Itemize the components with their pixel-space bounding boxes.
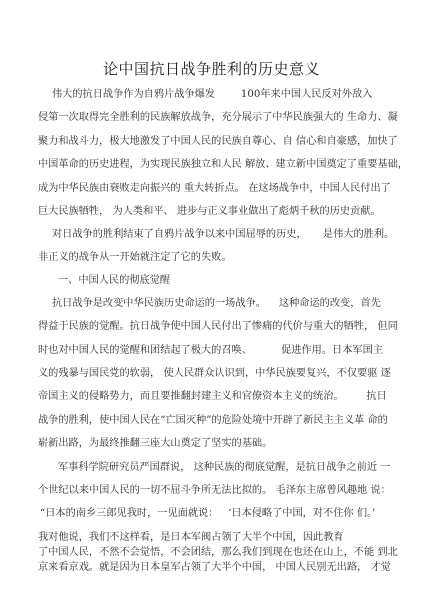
paragraph-line: 时也对中国人民的觉醒和团结起了极大的召唤、 促进作用。日本军国主 bbox=[38, 345, 383, 357]
paragraph-line: 京来看京戏。就是因为日本皇军占领了大半个中国， 中国人民别无出路， 才觉 bbox=[38, 562, 391, 574]
paragraph-line: 巨大民族牺牲， 为人类和平、 进步与正义事业做出了彪炳千秋的历史贡献。 bbox=[38, 206, 381, 218]
paragraph-line: 聚力和战斗力，极大地激发了中国人民的民族自尊心、自 信心和自豪感，加快了 bbox=[38, 136, 398, 148]
paragraph-line: 军事科学院研究员严国群说， 这种民族的彻底觉醒，是抗日战争之前近 一 bbox=[58, 462, 390, 474]
paragraph-line: 我对他说，我们不这样看，是日本军阀占领了大半个中国，因此教育 bbox=[38, 532, 344, 544]
document-title: 论中国抗日战争胜利的历史意义 bbox=[0, 58, 423, 79]
paragraph-line: 帝国主义的侵略势力，而且要推翻封建主义和官僚资本主义的统治。 抗日 bbox=[38, 391, 387, 403]
paragraph-line: 崭新出路，为最终推翻三座大山奠定了坚实的基础。 bbox=[38, 438, 272, 450]
paragraph-line: 成为中华民族由衰败走向振兴的 重大转折点。 在这场战争中，中国人民付出了 bbox=[38, 183, 391, 195]
paragraph-line: 个世纪以来中国人民的一切不屈斗争所无法比拟的。 毛泽东主席曾风趣地 说： bbox=[38, 485, 391, 497]
paragraph-line: 得益于民族的觉醒。抗日战争使中国人民付出了惨痛的代价与重大的牺牲， 但同 bbox=[38, 321, 398, 333]
paragraph-line: “日本的南乡三郎见我时，一见面就说： ‘日本侵略了中国，对不住你 们。’ bbox=[40, 508, 375, 520]
paragraph-line: 抗日战争是改变中华民族历史命运的一场战争。 这种命运的改变，首先 bbox=[52, 298, 381, 310]
paragraph-line: 义的残暴与国民党的软弱， 使人民群众认识到，中华民族要复兴，不仅要驱 逐 bbox=[38, 368, 391, 380]
paragraph-line: 伟大的抗日战争作为自鸦片战争爆发 100年来中国人民反对外敌入 bbox=[52, 89, 372, 101]
paragraph-line: 非正义的战争从一开始就注定了它的失败。 bbox=[38, 252, 232, 264]
paragraph-line: 战争的胜利，使中国人民在“亡国灭种”的危险处境中开辟了新民主主义革 命的 bbox=[38, 415, 388, 427]
paragraph-line: 侵第一次取得完全胜利的民族解放战争，充分展示了中华民族强大的 生命力、凝 bbox=[38, 112, 398, 124]
paragraph-line: 对日战争的胜利结束了自鸦片战争以来中国屈辱的历史， 是伟大的胜利。 bbox=[52, 229, 394, 241]
paragraph-line: 一、中国人民的彻底觉醒 bbox=[58, 275, 170, 287]
paragraph-line: 中国革命的历史进程，为实现民族独立和人民 解放、建立新中国奠定了重要基础， bbox=[38, 159, 408, 171]
paragraph-line: 了中国人民，不然不会觉悟，不会团结，那么我们到现在也还在山上，不能 到北 bbox=[38, 547, 398, 559]
